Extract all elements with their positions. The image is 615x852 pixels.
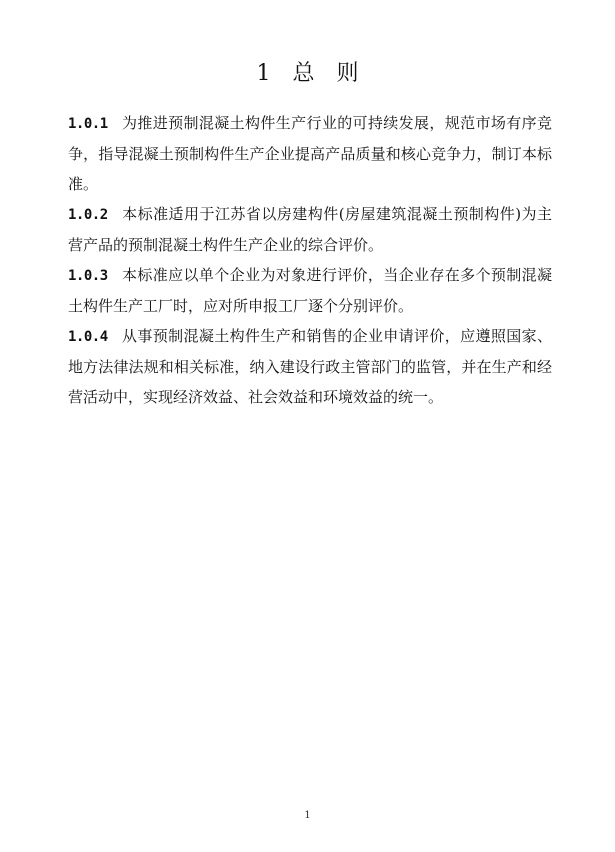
chapter-number: 1	[256, 61, 270, 86]
clause-number: 1.0.2	[68, 207, 108, 223]
clause-number: 1.0.1	[68, 116, 108, 132]
clause-1-0-3: 1.0.3本标准应以单个企业为对象进行评价，当企业存在多个预制混凝土构件生产工厂…	[68, 260, 552, 321]
clause-text: 为推进预制混凝土构件生产行业的可持续发展，规范市场有序竞争，指导混凝土预制构件生…	[68, 114, 552, 193]
chapter-title-word-1: 总	[292, 61, 314, 86]
clause-number: 1.0.3	[68, 268, 108, 284]
chapter-title: 1总则	[0, 56, 615, 87]
clause-1-0-1: 1.0.1为推进预制混凝土构件生产行业的可持续发展，规范市场有序竞争，指导混凝土…	[68, 108, 552, 199]
clause-text: 从事预制混凝土构件生产和销售的企业申请评价，应遵照国家、地方法律法规和相关标准，…	[68, 327, 552, 406]
clause-1-0-4: 1.0.4从事预制混凝土构件生产和销售的企业申请评价，应遵照国家、地方法律法规和…	[68, 321, 552, 412]
clause-text: 本标准应以单个企业为对象进行评价，当企业存在多个预制混凝土构件生产工厂时，应对所…	[68, 266, 552, 315]
clause-text: 本标准适用于江苏省以房建构件(房屋建筑混凝土预制构件)为主营产品的预制混凝土构件…	[68, 205, 552, 254]
document-body: 1.0.1为推进预制混凝土构件生产行业的可持续发展，规范市场有序竞争，指导混凝土…	[68, 108, 552, 412]
page-number: 1	[0, 810, 615, 821]
chapter-title-word-2: 则	[337, 61, 359, 86]
clause-1-0-2: 1.0.2本标准适用于江苏省以房建构件(房屋建筑混凝土预制构件)为主营产品的预制…	[68, 199, 552, 260]
clause-number: 1.0.4	[68, 329, 108, 345]
